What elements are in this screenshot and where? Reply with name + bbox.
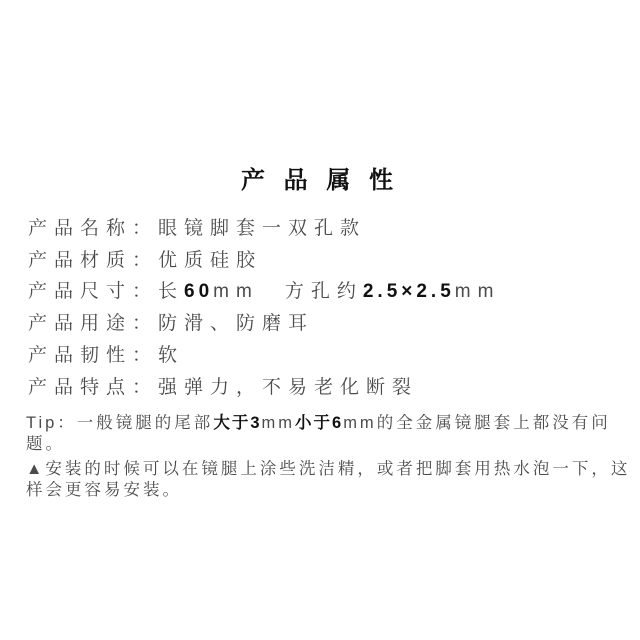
attribute-label: 产品名称：: [28, 218, 158, 239]
tips-block: Tip：一般镜腿的尾部大于3mm小于6mm的全金属镜腿套上都没有问题。▲安装的时…: [26, 413, 638, 505]
tip-text-run: Tip：一般镜腿的尾部: [26, 414, 213, 432]
attribute-value-run: 防滑、防磨耳: [158, 313, 314, 334]
attribute-label: 产品韧性：: [28, 345, 158, 366]
tip-paragraph: Tip：一般镜腿的尾部大于3mm小于6mm的全金属镜腿套上都没有问题。: [26, 413, 638, 455]
attribute-value-run: 优质硅胶: [158, 250, 262, 271]
attribute-row: 产品名称：眼镜脚套一双孔款: [28, 213, 630, 245]
attribute-value-run: 软: [158, 345, 184, 366]
attribute-value-run: 方孔约: [259, 281, 363, 302]
attributes-list: 产品名称：眼镜脚套一双孔款产品材质：优质硅胶产品尺寸：长60mm 方孔约2.5×…: [28, 213, 630, 403]
attribute-label: 产品特点：: [28, 377, 158, 398]
tip-text-run: mm: [343, 414, 377, 432]
attribute-label: 产品材质：: [28, 250, 158, 271]
attribute-row: 产品韧性：软: [28, 340, 630, 372]
attribute-value-run: 眼镜脚套一双孔款: [158, 218, 366, 239]
page-title: 产 品 属 性: [0, 166, 640, 196]
product-attributes-sheet: 产 品 属 性 产品名称：眼镜脚套一双孔款产品材质：优质硅胶产品尺寸：长60mm…: [0, 0, 640, 640]
tip-text-run: ▲: [26, 460, 45, 478]
attribute-label: 产品用途：: [28, 313, 158, 334]
tip-text-run: mm: [262, 414, 296, 432]
attribute-row: 产品尺寸：长60mm 方孔约2.5×2.5mm: [28, 276, 630, 308]
attribute-value-bold-run: 2.5×2.5: [363, 281, 455, 302]
tip-text-bold-run: 小于6: [295, 414, 343, 432]
attribute-row: 产品特点：强弹力，不易老化断裂: [28, 372, 630, 404]
attribute-value-run: 强弹力，不易老化断裂: [158, 377, 418, 398]
tip-text-run: 安装的时候可以在镜腿上涂些洗洁精，或者把脚套用热水泡一下，这样会更容易安装。: [26, 460, 630, 499]
attribute-value-run: mm: [455, 281, 501, 302]
attribute-value-bold-run: 60: [184, 281, 213, 302]
attribute-label: 产品尺寸：: [28, 281, 158, 302]
attribute-row: 产品用途：防滑、防磨耳: [28, 308, 630, 340]
attribute-value-run: mm: [213, 281, 259, 302]
attribute-row: 产品材质：优质硅胶: [28, 245, 630, 277]
tip-paragraph: ▲安装的时候可以在镜腿上涂些洗洁精，或者把脚套用热水泡一下，这样会更容易安装。: [26, 459, 638, 501]
attribute-value-run: 长: [158, 281, 184, 302]
tip-text-bold-run: 大于3: [213, 414, 261, 432]
